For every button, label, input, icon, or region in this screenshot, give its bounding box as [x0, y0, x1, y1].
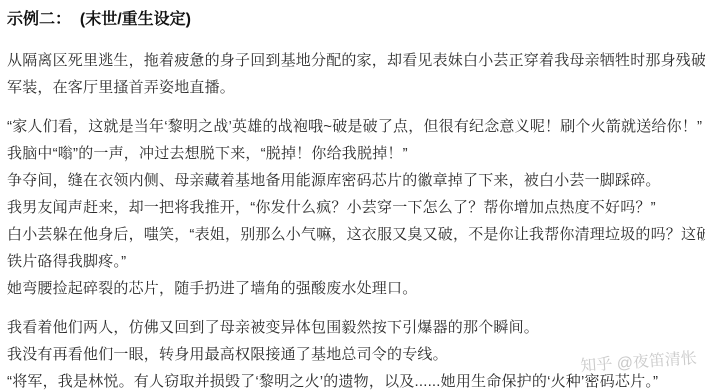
story-line: 铁片硌得我脚疼。”	[7, 248, 705, 275]
story-line: 我男友闻声赶来，却一把将我推开，“你发什么疯？小芸穿一下怎么了？帮你增加点热度不…	[7, 194, 705, 221]
story-line: 我没有再看他们一眼，转身用最高权限接通了基地总司令的专线。	[7, 341, 705, 368]
story-line: 从隔离区死里逃生，拖着疲惫的身子回到基地分配的家，却看见表妹白小芸正穿着我母亲牺…	[7, 47, 705, 74]
story-lines: 从隔离区死里逃生，拖着疲惫的身子回到基地分配的家，却看见表妹白小芸正穿着我母亲牺…	[7, 47, 705, 390]
story-line: 她弯腰捡起碎裂的芯片，随手扔进了墙角的强酸废水处理口。	[7, 275, 705, 302]
story-line: 我看着他们两人，仿佛又回到了母亲被变异体包围毅然按下引爆器的那个瞬间。	[7, 314, 705, 341]
story-line: “家人们看，这就是当年‘黎明之战’英雄的战袍哦~破是破了点，但很有纪念意义呢！刷…	[7, 113, 705, 140]
section-heading: 示例二： (末世/重生设定)	[7, 9, 705, 31]
story-line: 我脑中“嗡”的一声，冲过去想脱下来，“脱掉！你给我脱掉！”	[7, 140, 705, 167]
story-line: 军装，在客厅里搔首弄姿地直播。	[7, 74, 705, 101]
article-page: 示例二： (末世/重生设定) 知乎 @夜笛清怅 从隔离区死里逃生，拖着疲惫的身子…	[0, 0, 705, 390]
story-line: “将军，我是林悦。有人窃取并损毁了‘黎明之火’的遗物，以及......她用生命保…	[7, 368, 705, 390]
story-line: 争夺间，缝在衣领内侧、母亲藏着基地备用能源库密码芯片的徽章掉了下来，被白小芸一脚…	[7, 167, 705, 194]
story-line: 白小芸躲在他身后，嗤笑，“表姐，别那么小气嘛，这衣服又臭又破，不是你让我帮你清理…	[7, 221, 705, 248]
